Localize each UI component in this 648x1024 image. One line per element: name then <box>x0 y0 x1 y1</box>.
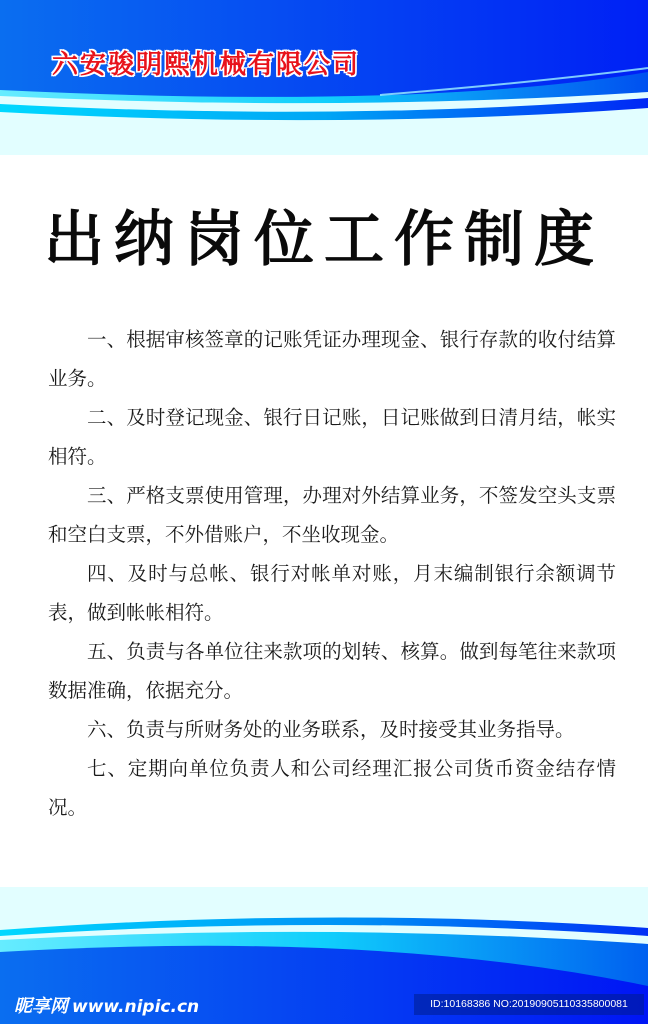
company-name: 六安骏明熙机械有限公司 <box>52 44 360 81</box>
watermark-site-name: 昵享网 <box>14 996 68 1017</box>
watermark-logo: 昵享网www.nipic.cn <box>14 992 199 1018</box>
regulation-item-3: 三、严格支票使用管理，办理对外结算业务，不签发空头支票和空白支票，不外借账户，不… <box>48 476 616 554</box>
regulation-item-7: 七、定期向单位负责人和公司经理汇报公司货币资金结存情况。 <box>48 749 616 827</box>
watermark-id: ID:10168386 NO:20190905110335800081 <box>414 994 644 1015</box>
regulation-item-1: 一、根据审核签章的记账凭证办理现金、银行存款的收付结算业务。 <box>48 320 616 398</box>
regulation-item-2: 二、及时登记现金、银行日记账，日记账做到日清月结，帐实相符。 <box>48 398 616 476</box>
regulation-item-6: 六、负责与所财务处的业务联系，及时接受其业务指导。 <box>48 710 616 749</box>
regulation-item-4: 四、及时与总帐、银行对帐单对账，月末编制银行余额调节表，做到帐帐相符。 <box>48 554 616 632</box>
watermark-url: www.nipic.cn <box>72 997 199 1017</box>
page-title: 出纳岗位工作制度 <box>0 192 648 278</box>
regulation-body: 一、根据审核签章的记账凭证办理现金、银行存款的收付结算业务。 二、及时登记现金、… <box>48 320 616 827</box>
regulation-item-5: 五、负责与各单位往来款项的划转、核算。做到每笔往来款项数据准确，依据充分。 <box>48 632 616 710</box>
header-banner: 六安骏明熙机械有限公司 <box>0 0 648 155</box>
